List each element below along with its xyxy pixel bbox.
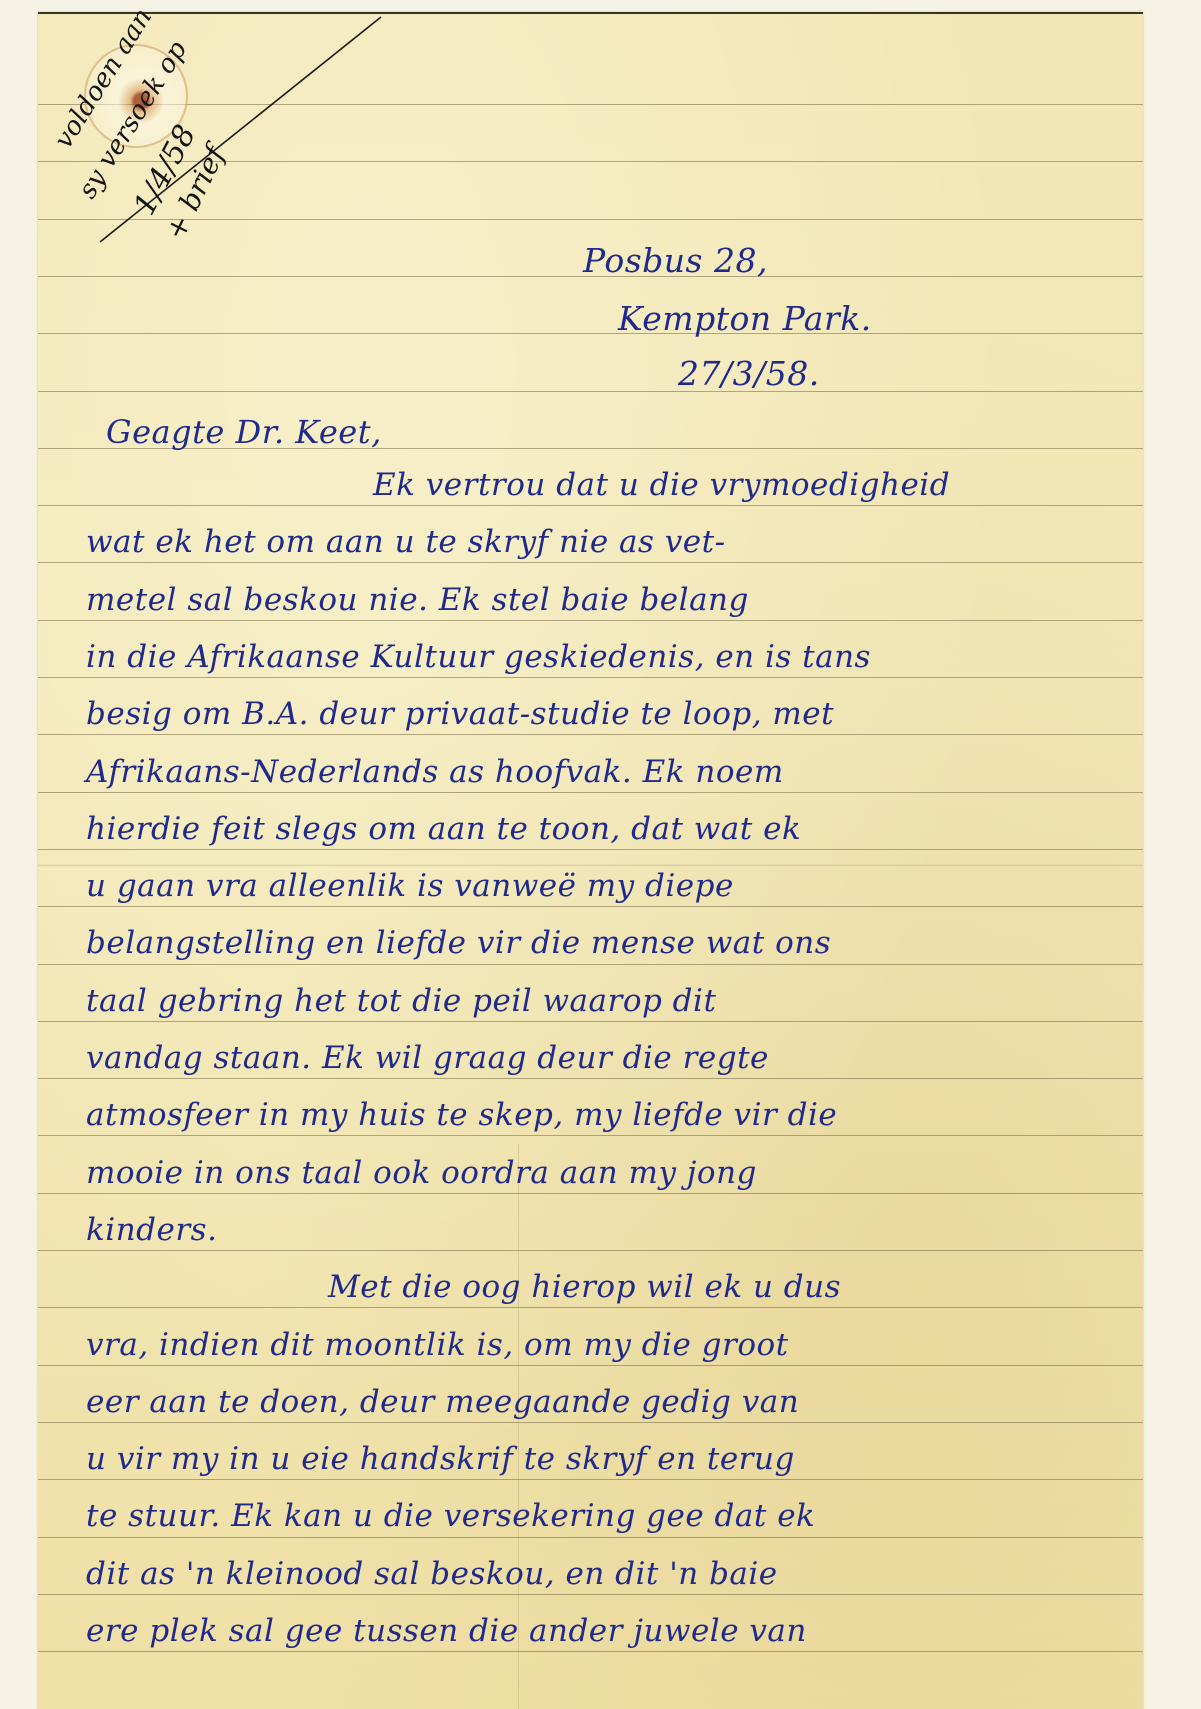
body-line: dit as 'n kleinood sal beskou, en dit 'n… [86, 1559, 778, 1590]
rule-line [38, 1250, 1143, 1251]
body-line: mooie in ons taal ook oordra aan my jong [86, 1158, 757, 1189]
body-line: belangstelling en liefde vir die mense w… [86, 928, 831, 959]
rule-line [38, 1651, 1143, 1652]
rule-line [38, 677, 1143, 678]
body-line: taal gebring het tot die peil waarop dit [86, 986, 716, 1017]
body-line: eer aan te doen, deur meegaande gedig va… [86, 1387, 799, 1418]
rule-line [38, 1307, 1143, 1308]
body-line: kinders. [86, 1215, 217, 1246]
letter-page: voldoen aan sy versoek op 1/4/58 + brief… [38, 12, 1143, 1709]
body-line: in die Afrikaanse Kultuur geskiedenis, e… [86, 642, 871, 673]
body-line: vra, indien dit moontlik is, om my die g… [86, 1330, 789, 1361]
diagonal-pen-stroke [38, 14, 1143, 414]
rule-line [38, 1422, 1143, 1423]
rule-line [38, 906, 1143, 907]
salutation: Geagte Dr. Keet, [106, 416, 382, 448]
body-line: u vir my in u eie handskrif te skryf en … [86, 1444, 795, 1475]
rule-line [38, 1537, 1143, 1538]
rule-line [38, 1479, 1143, 1480]
body-line: vandag staan. Ek wil graag deur die regt… [86, 1043, 769, 1074]
rule-line [38, 333, 1143, 334]
body-line: Met die oog hierop wil ek u dus [328, 1272, 841, 1303]
body-line: atmosfeer in my huis te skep, my liefde … [86, 1100, 837, 1131]
rule-line [38, 1021, 1143, 1022]
body-line: Afrikaans-Nederlands as hoofvak. Ek noem [86, 757, 784, 788]
rule-line [38, 734, 1143, 735]
body-line: te stuur. Ek kan u die versekering gee d… [86, 1501, 815, 1532]
body-line: wat ek het om aan u te skryf nie as vet- [86, 527, 726, 558]
body-line: ere plek sal gee tussen die ander juwele… [86, 1616, 807, 1647]
rule-line [38, 964, 1143, 965]
address-line-1: Posbus 28, [583, 244, 768, 277]
rule-line [38, 620, 1143, 621]
rule-line [38, 1078, 1143, 1079]
body-line: u gaan vra alleenlik is vanweë my diepe [86, 871, 734, 902]
rule-line [38, 104, 1143, 105]
rule-line [38, 391, 1143, 392]
horizontal-fold-crease [38, 864, 1143, 867]
body-line: Ek vertrou dat u die vrymoedigheid [373, 470, 950, 501]
rule-line [38, 505, 1143, 506]
rule-line [38, 1135, 1143, 1136]
body-line: besig om B.A. deur privaat-studie te loo… [86, 699, 834, 730]
rule-line [38, 1193, 1143, 1194]
rule-line [38, 1365, 1143, 1366]
rule-line [38, 562, 1143, 563]
body-line: metel sal beskou nie. Ek stel baie belan… [86, 585, 749, 616]
rule-line [38, 792, 1143, 793]
address-line-2: Kempton Park. [618, 302, 872, 335]
letter-date: 27/3/58. [678, 357, 820, 390]
rule-line [38, 849, 1143, 850]
body-line: hierdie feit slegs om aan te toon, dat w… [86, 814, 801, 845]
rule-line [38, 1594, 1143, 1595]
rule-line [38, 219, 1143, 220]
